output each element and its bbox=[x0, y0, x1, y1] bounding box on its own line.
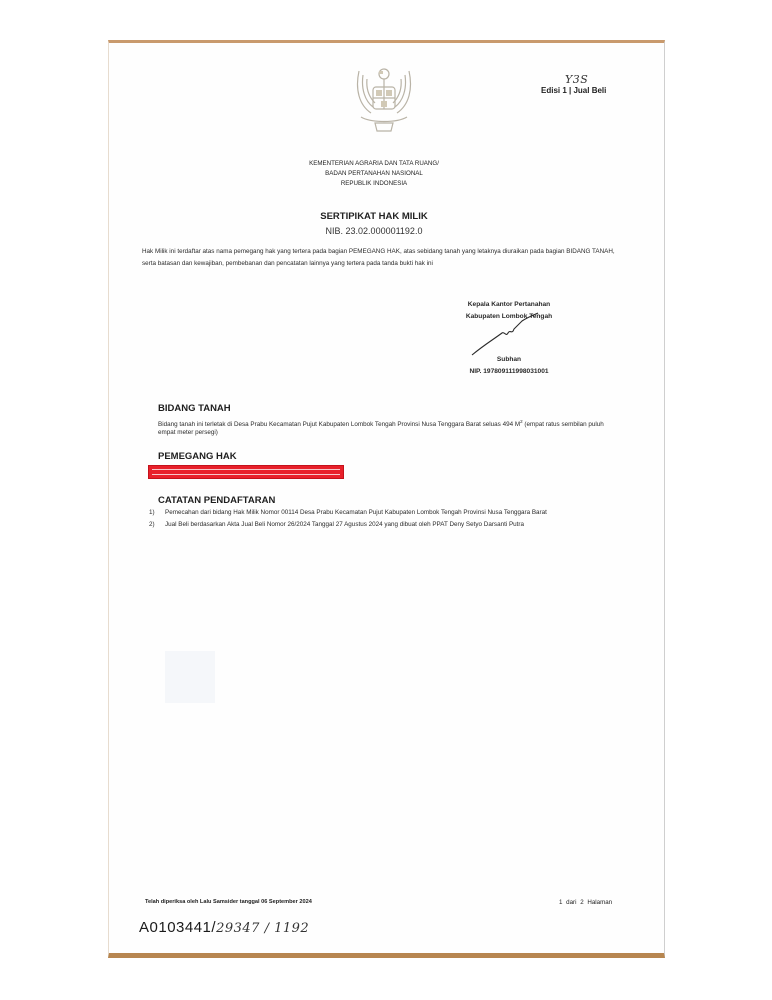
garuda-emblem-icon bbox=[351, 61, 417, 135]
certificate-page: Y3S Edisi 1 | Jual Beli KEMENTERIAN AGRA… bbox=[108, 40, 665, 958]
catatan-pendaftaran-heading: CATATAN PENDAFTARAN bbox=[158, 495, 275, 506]
signer-nip: NIP. 197809111998031001 bbox=[439, 368, 579, 375]
note-number: 1) bbox=[149, 509, 165, 517]
signature-icon bbox=[464, 311, 544, 361]
document-title: SERTIPIKAT HAK MILIK bbox=[269, 211, 479, 222]
redaction-line bbox=[152, 474, 340, 475]
bidang-tanah-text-main: Bidang tanah ini terletak di Desa Prabu … bbox=[158, 421, 520, 428]
bidang-tanah-text: Bidang tanah ini terletak di Desa Prabu … bbox=[158, 418, 618, 437]
serial-number: A0103441/29347 / 1192 bbox=[139, 919, 309, 936]
note-text: Pemecahan dari bidang Hak Milik Nomor 00… bbox=[165, 509, 547, 517]
list-item: 1) Pemecahan dari bidang Hak Milik Nomor… bbox=[149, 509, 629, 517]
intro-paragraph: Hak Milik ini terdaftar atas nama pemega… bbox=[142, 246, 630, 270]
note-text: Jual Beli berdasarkan Akta Jual Beli Nom… bbox=[165, 521, 524, 529]
note-number: 2) bbox=[149, 521, 165, 529]
serial-handwritten: 29347 / 1192 bbox=[216, 921, 309, 936]
signer-name: Subhan bbox=[439, 356, 579, 363]
issuing-agency: KEMENTERIAN AGRARIA DAN TATA RUANG/ BADA… bbox=[269, 159, 479, 189]
agency-line: BADAN PERTANAHAN NASIONAL bbox=[269, 169, 479, 179]
handwritten-edition-mark: Y3S bbox=[565, 73, 588, 86]
pemegang-hak-heading: PEMEGANG HAK bbox=[158, 451, 237, 462]
registration-notes-list: 1) Pemecahan dari bidang Hak Milik Nomor… bbox=[149, 509, 629, 533]
page-count: 1 dari 2 Halaman bbox=[559, 899, 612, 906]
checked-by-note: Telah diperiksa oleh Lalu Samsider tangg… bbox=[145, 899, 312, 905]
bidang-tanah-heading: BIDANG TANAH bbox=[158, 403, 231, 414]
serial-printed: A0103441/ bbox=[139, 919, 216, 936]
redacted-holder-name bbox=[148, 465, 344, 479]
list-item: 2) Jual Beli berdasarkan Akta Jual Beli … bbox=[149, 521, 629, 529]
agency-line: KEMENTERIAN AGRARIA DAN TATA RUANG/ bbox=[269, 159, 479, 169]
nib-number: NIB. 23.02.000001192.0 bbox=[269, 226, 479, 236]
agency-line: REPUBLIK INDONESIA bbox=[269, 179, 479, 189]
edition-label: Edisi 1 | Jual Beli bbox=[541, 86, 606, 95]
faint-watermark-block bbox=[165, 651, 215, 703]
redaction-line bbox=[152, 469, 340, 470]
signatory-office-line: Kepala Kantor Pertanahan bbox=[439, 299, 579, 311]
